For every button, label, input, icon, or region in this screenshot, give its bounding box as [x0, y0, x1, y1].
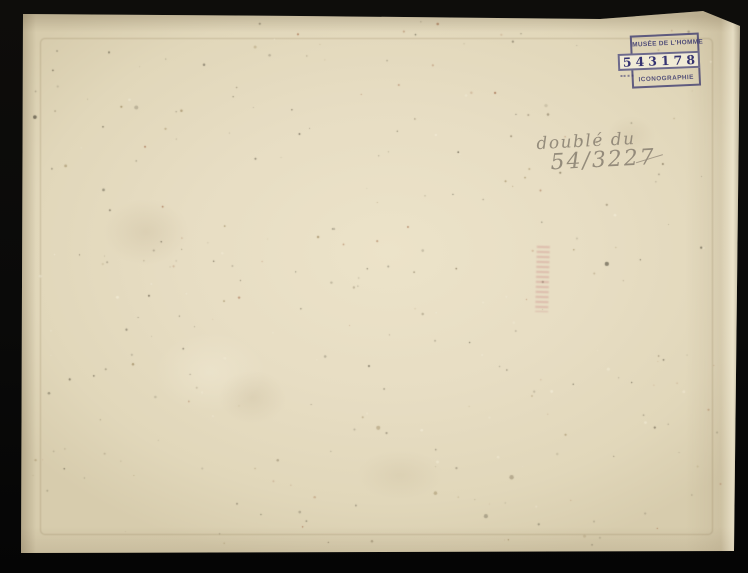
plate-mark-border [40, 38, 713, 535]
stamp-subtitle: ICONOGRAPHIE [634, 74, 699, 84]
handwritten-note-line1: doublé du [536, 128, 655, 154]
stamp-dash-marks [621, 75, 634, 78]
foxing-stain [86, 186, 206, 278]
paper-sheet: MUSÉE DE L'HOMME 543178 ICONOGRAPHIE dou… [0, 0, 748, 573]
stamp-frame: MUSÉE DE L'HOMME 543178 ICONOGRAPHIE [630, 33, 701, 89]
handwritten-note: doublé du 54/3227 [536, 128, 656, 176]
museum-stamp: MUSÉE DE L'HOMME 543178 ICONOGRAPHIE [630, 32, 706, 92]
scan-background: MUSÉE DE L'HOMME 543178 ICONOGRAPHIE dou… [0, 0, 748, 573]
ghost-image-bleedthrough [130, 315, 290, 430]
red-ink-bleedthrough-mark [535, 246, 550, 312]
stamp-title: MUSÉE DE L'HOMME [632, 39, 697, 49]
foxing-stain [596, 108, 666, 163]
handwritten-note-line2: 54/3227 [550, 145, 657, 175]
foxing-stain [205, 360, 300, 435]
accession-number: 543178 [619, 52, 700, 70]
stamp-number-box: 543178 [618, 51, 701, 71]
pencil-flourish-stroke [636, 154, 663, 163]
foxing-stain [340, 440, 460, 510]
